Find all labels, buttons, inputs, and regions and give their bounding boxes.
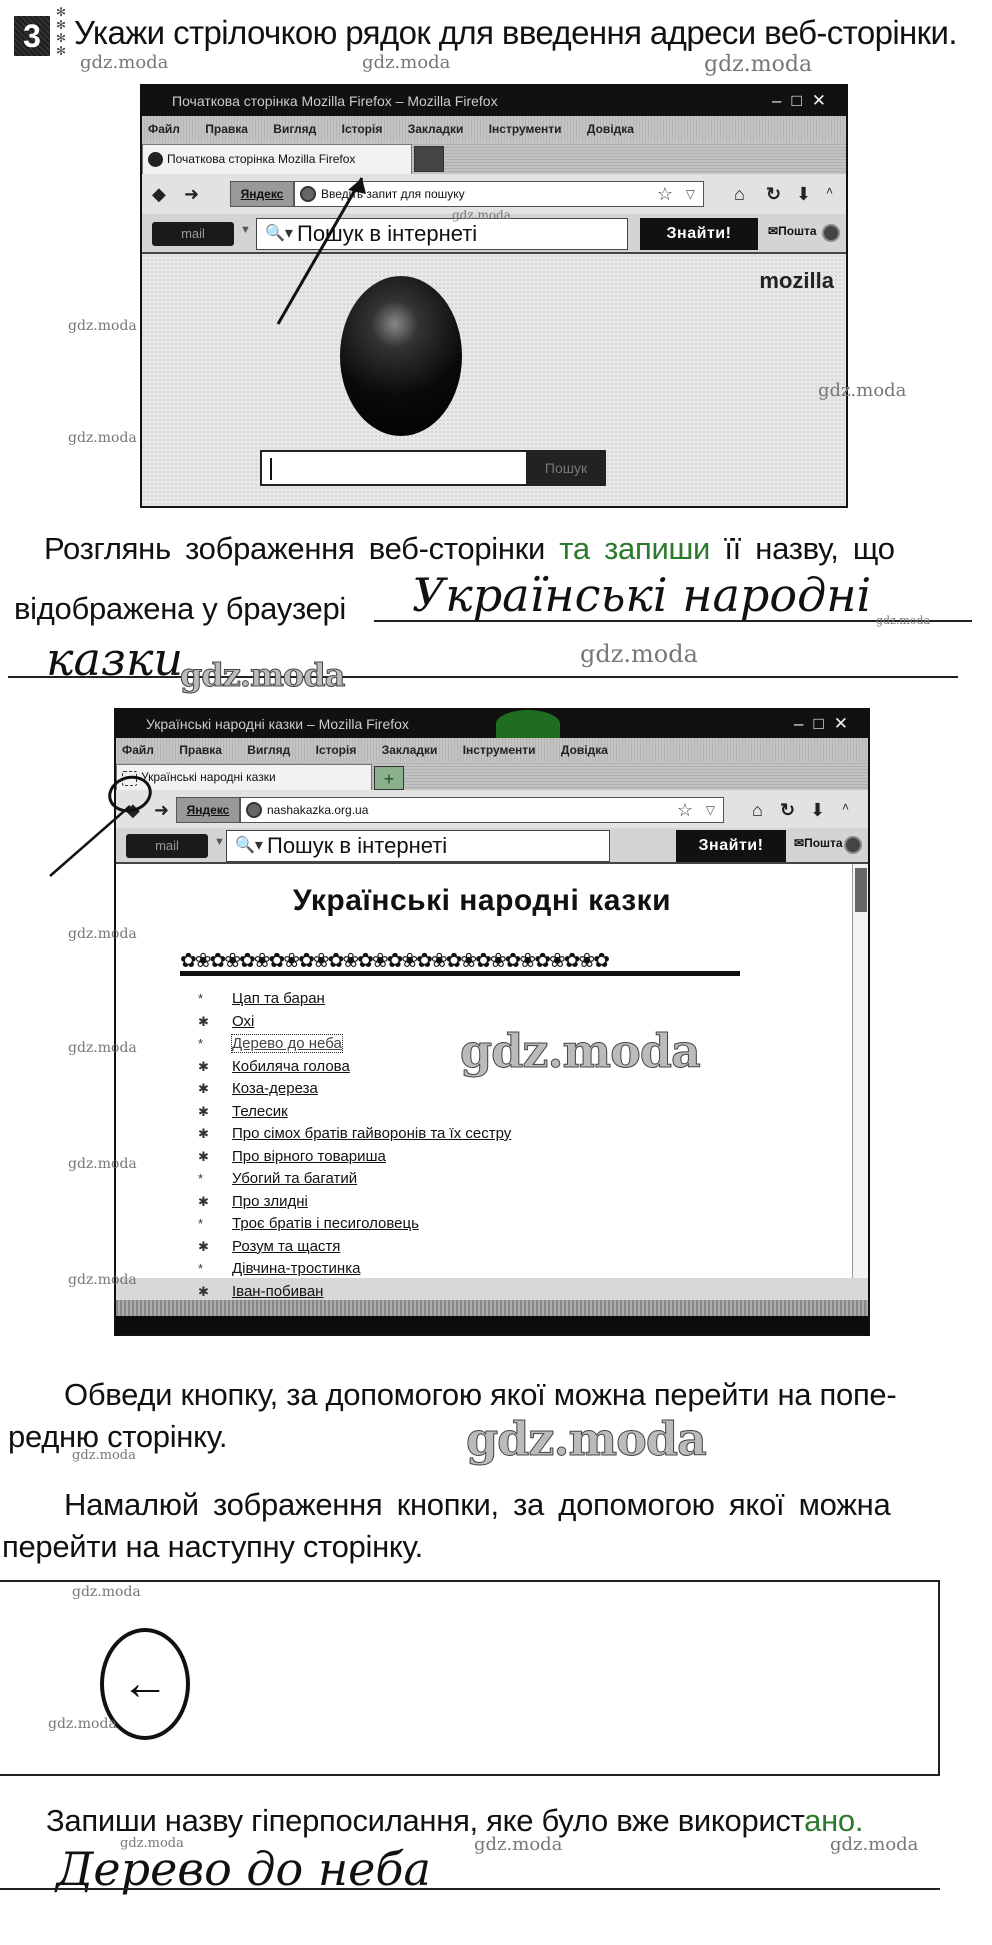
watermark: gdz.moda (876, 614, 930, 627)
list-item: *Убогий та багатий (198, 1168, 511, 1191)
menu-tools[interactable]: Інструменти (463, 743, 536, 757)
watermark: gdz.moda (474, 1834, 562, 1855)
mail-link[interactable]: ✉Пошта (794, 836, 843, 850)
vertical-scrollbar[interactable] (852, 864, 868, 1278)
status-bar (116, 1316, 868, 1336)
drawn-arrow-left-icon: ← (121, 1657, 169, 1710)
mail-button[interactable]: mail (152, 222, 234, 246)
start-page-content: mozilla Пошук (142, 254, 846, 508)
tale-link[interactable]: Іван-побиван (232, 1283, 323, 1300)
watermark: gdz.moda (68, 1156, 137, 1172)
window-controls: –□✕ (794, 710, 858, 738)
overflow-chevron-icon[interactable]: ˄ (826, 184, 833, 198)
mail-button[interactable]: mail (126, 834, 208, 858)
download-arrow-icon[interactable]: ⬇ (796, 184, 811, 205)
mail-search-toolbar: mail ▼ 🔍▾ Пошук в інтернеті Знайти! ✉Пош… (116, 828, 868, 864)
watermark: gdz.moda (460, 1024, 700, 1078)
bullet-icon: * (198, 1168, 203, 1191)
menu-bookmarks[interactable]: Закладки (382, 743, 438, 757)
handwritten-answer-line1: Українські народні (412, 568, 871, 622)
watermark: gdz.moda (68, 1272, 137, 1288)
bullet-icon: ✱ (198, 1101, 209, 1124)
tab-bar: Українські народні казки + (116, 762, 868, 790)
browser-window-tales: Українські народні казки – Mozilla Firef… (114, 708, 870, 1336)
home-search-input[interactable]: Пошук (260, 450, 606, 486)
bullet-icon: * (198, 1258, 203, 1281)
search-placeholder: Пошук в інтернеті (267, 833, 447, 858)
tab-bar: Початкова сторінка Mozilla Firefox (142, 142, 846, 174)
tale-link[interactable]: Кобиляча голова (232, 1058, 350, 1075)
window-controls: –□✕ (772, 86, 836, 116)
tale-link[interactable]: Коза-дереза (232, 1080, 318, 1097)
mozilla-logo-text: mozilla (759, 268, 834, 294)
menu-history[interactable]: Історія (316, 743, 357, 757)
task-heading: Укажи стрілочкою рядок для введення адре… (74, 14, 957, 52)
tale-link[interactable]: Убогий та багатий (232, 1170, 357, 1187)
bullet-icon: * (198, 1213, 203, 1236)
maximize-icon[interactable]: □ (813, 714, 833, 733)
back-arrow-icon[interactable]: ◆ (152, 184, 166, 205)
watermark: gdz.moda (68, 926, 137, 942)
tale-link[interactable]: Телесик (232, 1103, 288, 1120)
menu-view[interactable]: Вигляд (247, 743, 290, 757)
menu-help[interactable]: Довідка (561, 743, 608, 757)
tale-link[interactable]: Про вірного товариша (232, 1148, 386, 1165)
bullet-icon: ✱ (198, 1236, 209, 1259)
list-item: *Троє братів і песиголовець (198, 1213, 511, 1236)
watermark: gdz.moda (818, 380, 906, 401)
menu-edit[interactable]: Правка (179, 743, 222, 757)
question-2-prompt-line2: відображена у браузері (14, 590, 346, 628)
close-icon[interactable]: ✕ (834, 714, 858, 733)
dropdown-arrow-icon[interactable]: ▼ (214, 836, 225, 848)
menu-bookmarks[interactable]: Закладки (408, 122, 464, 136)
scrollbar-thumb[interactable] (855, 868, 867, 912)
watermark: gdz.moda (72, 1584, 141, 1600)
navigation-toolbar: ◆ ➜ Яндекс nashakazka.org.ua ☆ ▽ ⌂ ↻ ⬇ ˄ (116, 790, 868, 828)
dropdown-arrow-icon[interactable]: ▼ (240, 224, 251, 236)
watermark: gdz.moda (68, 430, 137, 446)
watermark: gdz.moda (68, 1040, 137, 1056)
search-icon: 🔍▾ (235, 831, 263, 861)
bookmark-star-icon[interactable]: ☆ (657, 182, 673, 206)
horizontal-scrollbar[interactable] (116, 1300, 868, 1316)
firefox-icon (148, 152, 163, 167)
forward-arrow-icon[interactable]: ➜ (154, 800, 169, 821)
watermark: gdz.moda (466, 1412, 706, 1466)
settings-gear-icon[interactable] (844, 836, 862, 854)
bullet-icon: * (198, 988, 203, 1011)
mail-link[interactable]: ✉Пошта (768, 224, 817, 238)
minimize-icon[interactable]: – (772, 91, 791, 110)
watermark: gdz.moda (830, 1834, 918, 1855)
reload-icon[interactable]: ↻ (766, 184, 781, 205)
minimize-icon[interactable]: – (794, 714, 813, 733)
settings-gear-icon[interactable] (822, 224, 840, 242)
watermark: gdz.moda (72, 1448, 136, 1463)
menu-file[interactable]: Файл (148, 122, 180, 136)
watermark: gdz.moda (180, 656, 344, 694)
list-item: *Цап та баран (198, 988, 511, 1011)
tale-link[interactable]: Охі (232, 1013, 254, 1030)
menu-file[interactable]: Файл (122, 743, 154, 757)
tab-tales[interactable]: Українські народні казки (116, 764, 372, 790)
window-title: Початкова сторінка Mozilla Firefox – Moz… (172, 93, 498, 109)
bullet-icon: ✱ (198, 1056, 209, 1079)
tale-link[interactable]: Про сімох братів гайворонів та їх сестру (232, 1125, 511, 1142)
watermark: gdz.moda (362, 52, 450, 73)
address-bar[interactable]: nashakazka.org.ua ☆ ▽ (240, 797, 724, 823)
tale-link[interactable]: Дівчина-тростинка (232, 1260, 360, 1277)
bullet-icon: ✱ (198, 1123, 209, 1146)
browser-window-start-page: Початкова сторінка Mozilla Firefox – Moz… (140, 84, 848, 508)
download-arrow-icon[interactable]: ⬇ (810, 800, 825, 821)
forward-arrow-icon[interactable]: ➜ (184, 184, 199, 205)
page-heading: Українські народні казки (116, 884, 848, 918)
menu-edit[interactable]: Правка (205, 122, 248, 136)
question-3-prompt: Обведи кнопку, за допомогою якої можна п… (64, 1376, 896, 1414)
yandex-button[interactable]: Яндекс (176, 797, 240, 823)
tale-link[interactable]: Дерево до неба (232, 1035, 342, 1052)
bookmark-star-icon[interactable]: ☆ (677, 798, 693, 822)
watermark: gdz.moda (580, 640, 698, 668)
reload-icon[interactable]: ↻ (780, 800, 795, 821)
home-search-button[interactable]: Пошук (526, 450, 606, 486)
home-icon[interactable]: ⌂ (752, 800, 763, 821)
question-2-prompt: Розглянь зображення веб-сторінки та запи… (44, 530, 895, 568)
menu-bar: Файл Правка Вигляд Історія Закладки Інст… (142, 116, 846, 142)
new-tab-button[interactable]: + (374, 766, 404, 790)
answer-line (0, 1888, 940, 1890)
green-scan-artifact (496, 710, 560, 738)
internet-search-input[interactable]: 🔍▾ Пошук в інтернеті (226, 830, 610, 862)
watermark: gdz.moda (452, 208, 511, 222)
list-item: *Дівчина-тростинка (198, 1258, 511, 1281)
address-bar-url: nashakazka.org.ua (267, 803, 368, 817)
bullet-icon: ✱ (198, 1146, 209, 1169)
tab-label: Українські народні казки (141, 770, 276, 784)
home-icon[interactable]: ⌂ (734, 184, 745, 205)
globe-icon (246, 802, 262, 818)
task-stars-decoration: ✻✻✻✻ (56, 6, 70, 58)
bullet-icon: * (198, 1033, 203, 1056)
dropdown-arrow-icon[interactable]: ▽ (706, 798, 715, 822)
new-tab-button[interactable] (414, 146, 444, 172)
list-item: ✱Розум та щастя (198, 1236, 511, 1259)
tale-link[interactable]: Про злидні (232, 1193, 308, 1210)
menu-history[interactable]: Історія (342, 122, 383, 136)
question-4-prompt: Намалюй зображення кнопки, за допомогою … (64, 1486, 890, 1524)
watermark: gdz.moda (48, 1716, 117, 1732)
maximize-icon[interactable]: □ (791, 91, 811, 110)
tale-link[interactable]: Розум та щастя (232, 1238, 340, 1255)
dropdown-arrow-icon[interactable]: ▽ (686, 182, 695, 206)
question-4-prompt-line2: перейти на наступну сторінку. (2, 1528, 423, 1566)
watermark: gdz.moda (68, 318, 137, 334)
flower-border-decoration: ✿❀✿❀✿❀✿❀✿❀✿❀✿❀✿❀✿❀✿❀✿❀✿❀✿❀✿❀✿ (180, 948, 740, 976)
menu-view[interactable]: Вигляд (273, 122, 316, 136)
menu-bar: Файл Правка Вигляд Історія Закладки Інст… (116, 738, 868, 762)
bullet-icon: ✱ (198, 1011, 209, 1034)
bullet-icon: ✱ (198, 1078, 209, 1101)
drawn-pointer-line (46, 800, 136, 880)
text-caret (270, 458, 272, 480)
watermark: gdz.moda (80, 52, 168, 73)
title-bar: Початкова сторінка Mozilla Firefox – Moz… (142, 86, 846, 116)
list-item: ✱Про злидні (198, 1191, 511, 1214)
tab-label: Початкова сторінка Mozilla Firefox (167, 152, 355, 166)
list-item: ✱Про сімох братів гайворонів та їх сестр… (198, 1123, 511, 1146)
close-icon[interactable]: ✕ (812, 91, 836, 110)
title-bar: Українські народні казки – Mozilla Firef… (116, 710, 868, 738)
question-5-prompt: Запиши назву гіперпосилання, яке було вж… (46, 1802, 863, 1840)
watermark: gdz.moda (704, 52, 812, 77)
tale-link[interactable]: Троє братів і песиголовець (232, 1215, 419, 1232)
list-item: ✱Телесик (198, 1101, 511, 1124)
bullet-icon: ✱ (198, 1191, 209, 1214)
menu-tools[interactable]: Інструменти (489, 122, 562, 136)
menu-help[interactable]: Довідка (587, 122, 634, 136)
answer-line (8, 676, 958, 678)
tale-link[interactable]: Цап та баран (232, 990, 325, 1007)
overflow-chevron-icon[interactable]: ˄ (842, 800, 849, 814)
list-item: ✱Коза-дереза (198, 1078, 511, 1101)
find-button[interactable]: Знайти! (640, 218, 758, 250)
find-button[interactable]: Знайти! (676, 830, 786, 862)
list-item: ✱Про вірного товариша (198, 1146, 511, 1169)
task-number-badge: 3 (14, 16, 50, 56)
window-title: Українські народні казки – Mozilla Firef… (146, 716, 409, 732)
drawn-arrow-to-address-bar (270, 170, 380, 330)
